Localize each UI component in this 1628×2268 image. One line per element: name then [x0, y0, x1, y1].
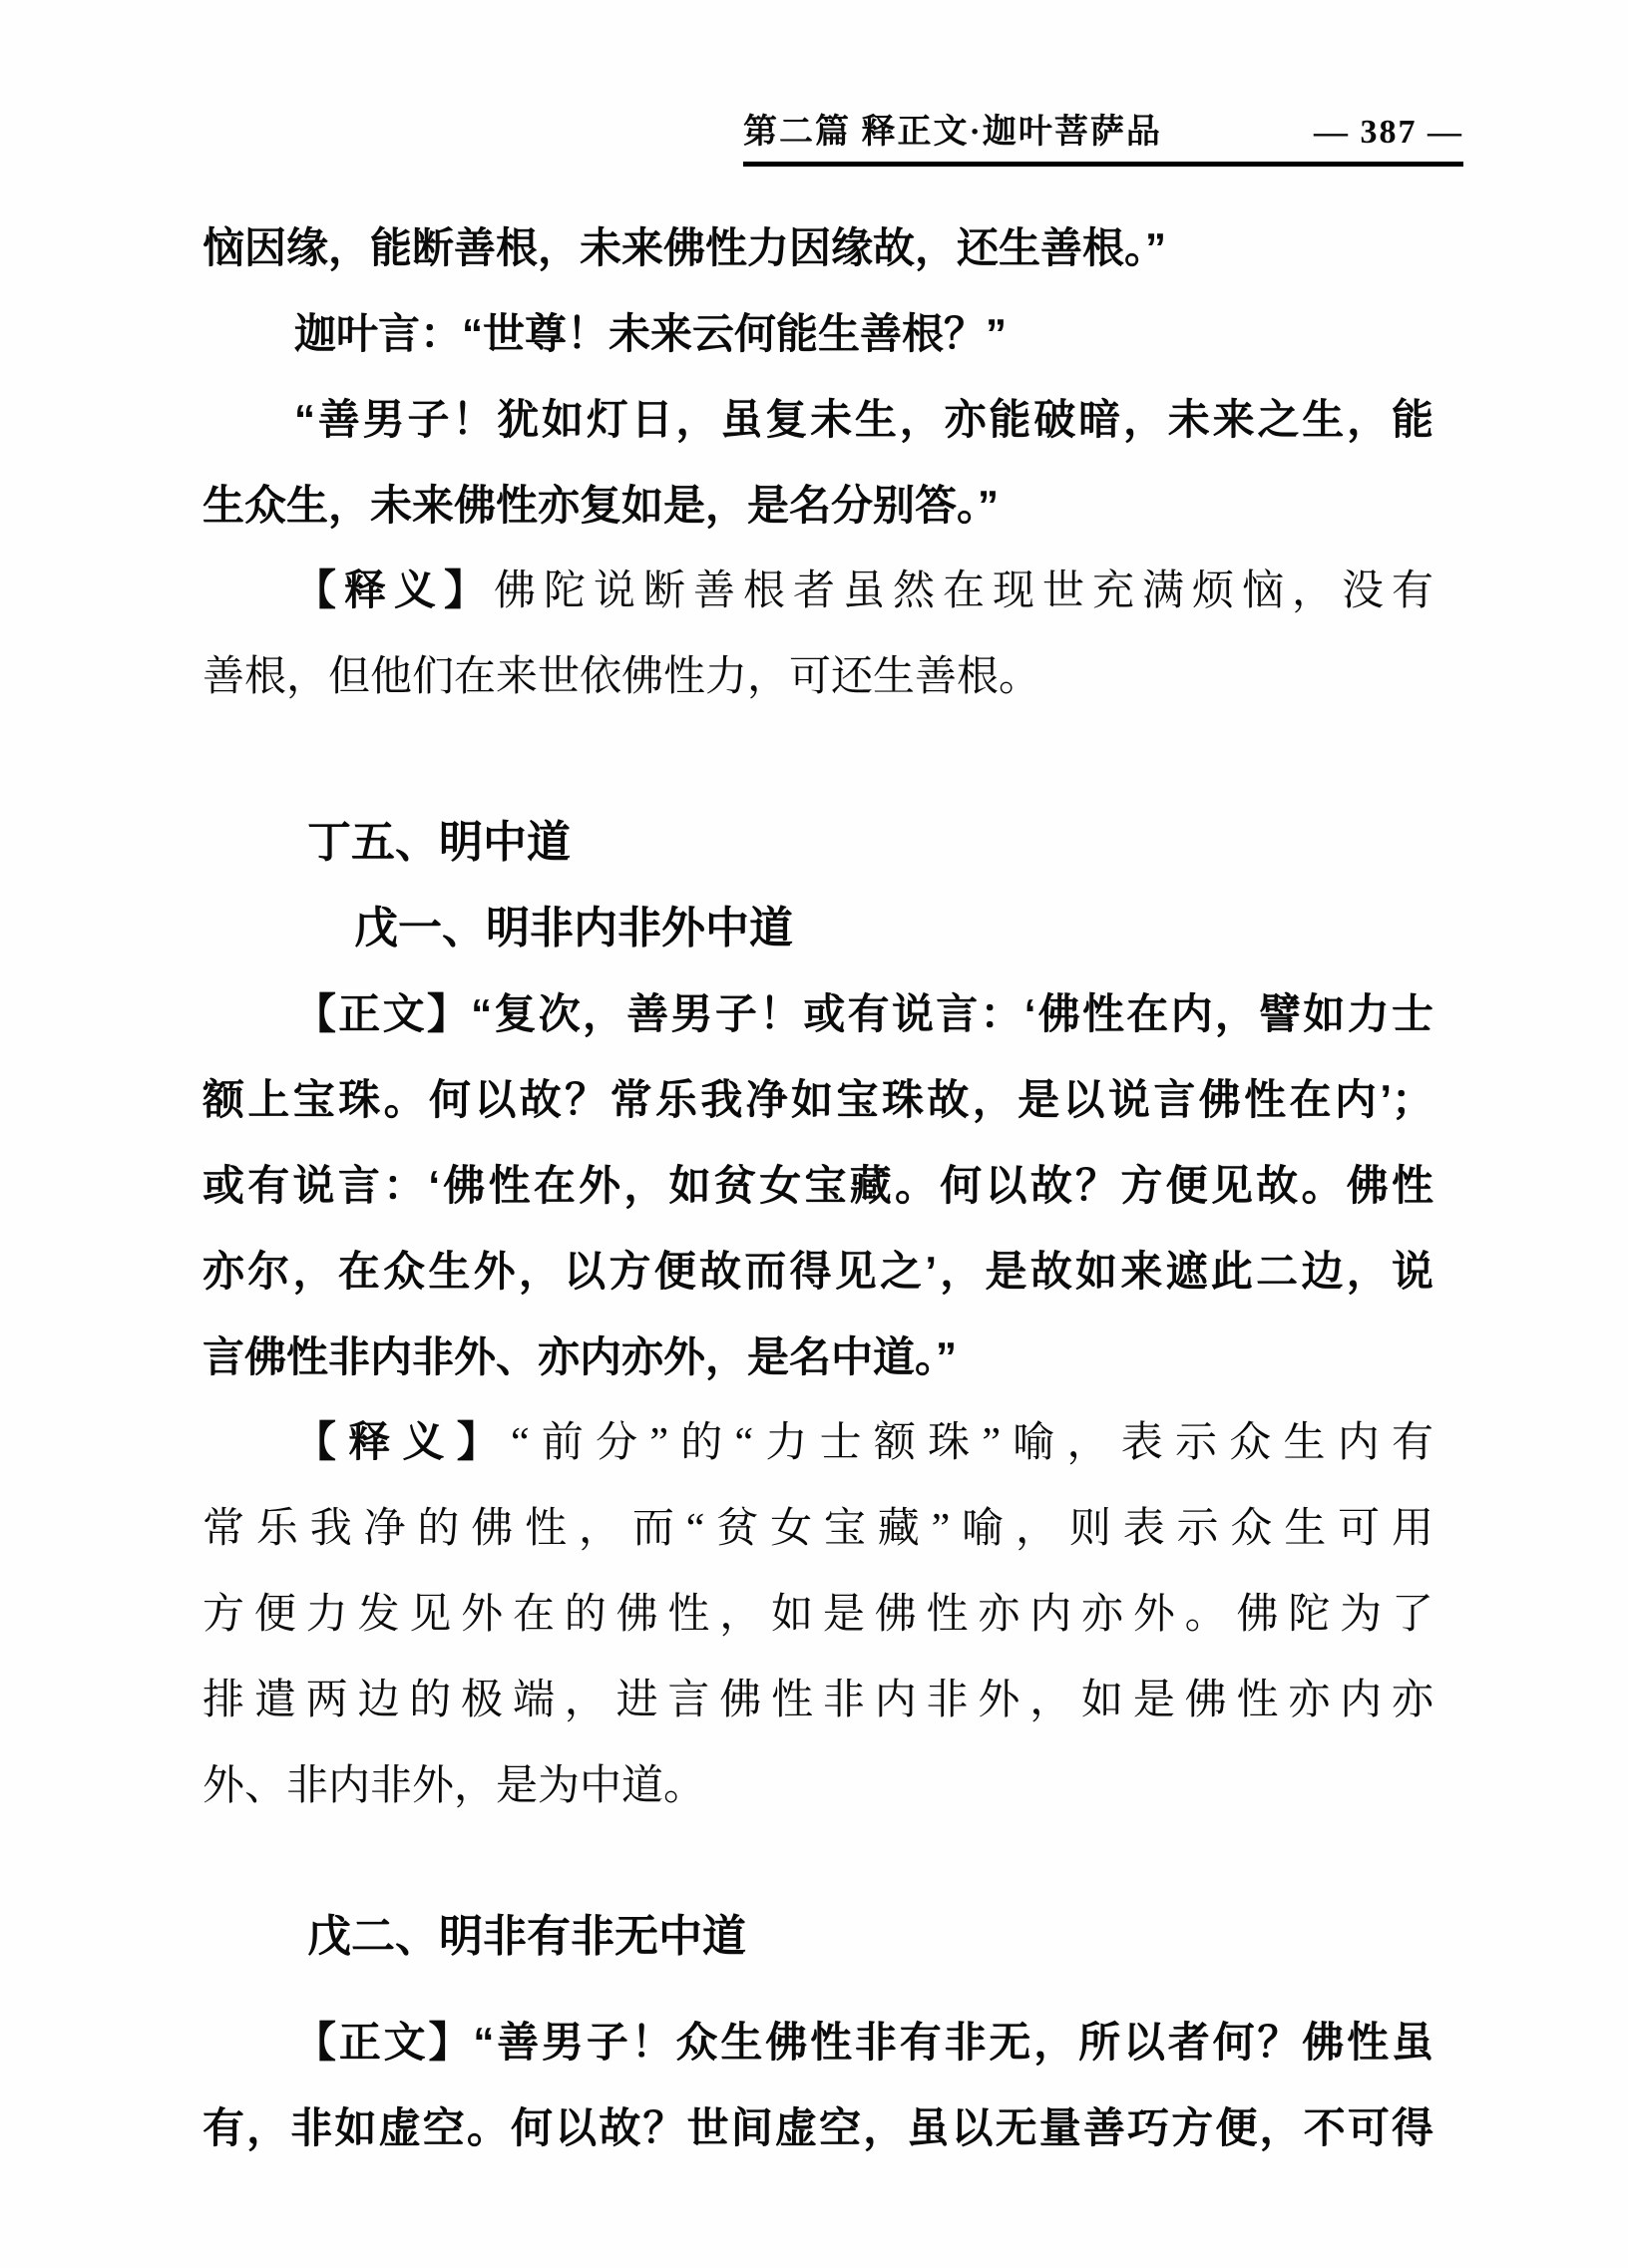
running-header: 第二篇 释正文·迦叶菩萨品 — 387 — — [743, 104, 1463, 167]
text-line: 言佛性非内非外、亦内亦外，是名中道。” — [203, 1315, 1433, 1400]
bracket-label: 【释义】 — [294, 1420, 511, 1466]
text-line: 常乐我净的佛性，而“贫女宝藏”喻，则表示众生可用 — [203, 1486, 1433, 1572]
text-line: 额上宝珠。何以故？常乐我净如宝珠故，是以说言佛性在内’； — [203, 1057, 1433, 1143]
text-line: 有，非如虚空。何以故？世间虚空，虽以无量善巧方便，不可得 — [203, 2085, 1433, 2171]
scanned-book-page: 第二篇 释正文·迦叶菩萨品 — 387 — 恼因缘，能断善根，未来佛性力因缘故，… — [0, 0, 1628, 2268]
bracket-label: 【释义】 — [294, 568, 494, 614]
bracket-label: 【正文】 — [294, 2021, 473, 2067]
sutra-paragraph: “善男子！犹如灯日，虽复未生，亦能破暗，未来之生，能生众生，未来佛性亦复如是，是… — [203, 377, 1433, 549]
text-line: 恼因缘，能断善根，未来佛性力因缘故，还生善根。” — [203, 205, 1433, 291]
text-line: 【释义】佛陀说断善根者虽然在现世充满烦恼，没有 — [203, 549, 1433, 634]
section-heading: 戊一、明非内非外中道 — [354, 886, 1433, 971]
text-line: 排遣两边的极端，进言佛性非内非外，如是佛性亦内亦 — [203, 1658, 1433, 1743]
text-line: 方便力发见外在的佛性，如是佛性亦内亦外。佛陀为了 — [203, 1572, 1433, 1658]
text-line: 或有说言：‘佛性在外，如贫女宝藏。何以故？方便见故。佛性 — [203, 1143, 1433, 1229]
text-line: 善根，但他们在来世依佛性力，可还生善根。 — [203, 634, 1433, 720]
sutra-paragraph: 【正文】“善男子！众生佛性非有非无，所以者何？佛性虽有，非如虚空。何以故？世间虚… — [203, 2000, 1433, 2171]
text-line: 【释义】“前分”的“力士额珠”喻，表示众生内有 — [203, 1400, 1433, 1486]
section-heading: 丁五、明中道 — [307, 800, 1433, 886]
sutra-paragraph: 恼因缘，能断善根，未来佛性力因缘故，还生善根。” — [203, 205, 1433, 291]
text-line: 【正文】“复次，善男子！或有说言：‘佛性在内，譬如力士 — [203, 971, 1433, 1057]
text-line: 亦尔，在众生外，以方便故而得见之’，是故如来遮此二边，说 — [203, 1229, 1433, 1315]
commentary-paragraph: 【释义】佛陀说断善根者虽然在现世充满烦恼，没有善根，但他们在来世依佛性力，可还生… — [203, 549, 1433, 720]
running-header-title: 第二篇 释正文·迦叶菩萨品 — [743, 104, 1162, 153]
bracket-label: 【正文】 — [294, 992, 471, 1038]
sutra-paragraph: 迦叶言：“世尊！未来云何能生善根？” — [203, 291, 1433, 377]
page-number: — 387 — — [1314, 114, 1463, 152]
commentary-paragraph: 【释义】“前分”的“力士额珠”喻，表示众生内有常乐我净的佛性，而“贫女宝藏”喻，… — [203, 1400, 1433, 1829]
text-line: 外、非内非外，是为中道。 — [203, 1743, 1433, 1829]
text-line: 迦叶言：“世尊！未来云何能生善根？” — [203, 291, 1433, 377]
text-line: 生众生，未来佛性亦复如是，是名分别答。” — [203, 463, 1433, 549]
page-content: 恼因缘，能断善根，未来佛性力因缘故，还生善根。”迦叶言：“世尊！未来云何能生善根… — [203, 205, 1433, 2171]
sutra-paragraph: 【正文】“复次，善男子！或有说言：‘佛性在内，譬如力士额上宝珠。何以故？常乐我净… — [203, 971, 1433, 1400]
text-line: 【正文】“善男子！众生佛性非有非无，所以者何？佛性虽 — [203, 2000, 1433, 2085]
section-heading: 戊二、明非有非无中道 — [307, 1894, 1433, 1980]
text-line: “善男子！犹如灯日，虽复未生，亦能破暗，未来之生，能 — [203, 377, 1433, 463]
